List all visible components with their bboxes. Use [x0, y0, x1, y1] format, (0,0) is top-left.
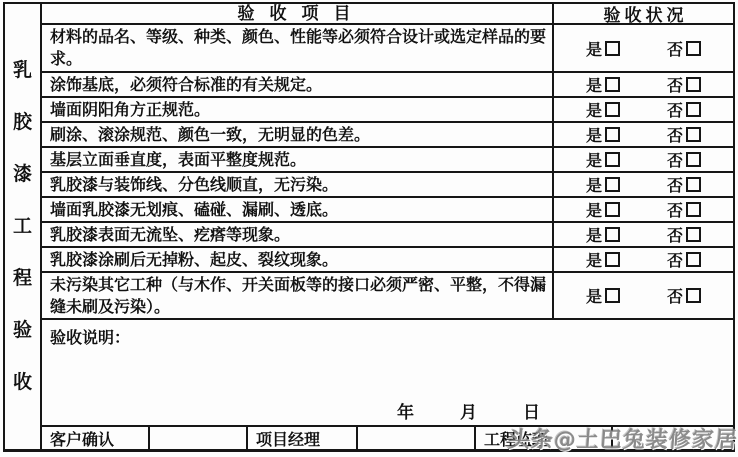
table-row: 乳胶漆表面无流坠、疙瘩等现象。 是 否	[42, 223, 733, 248]
no-checkbox[interactable]	[686, 77, 701, 92]
item-text: 刷涂、滚涂规范、颜色一致，无明显的色差。	[42, 123, 554, 146]
side-title-char: 乳	[13, 61, 32, 80]
date-line: 年 月 日	[397, 398, 540, 423]
yes-checkbox[interactable]	[605, 41, 620, 56]
side-title-char: 程	[13, 269, 32, 288]
yes-label: 是	[586, 148, 602, 171]
table-row: 基层立面垂直度，表面平整度规范。 是 否	[42, 148, 733, 173]
yes-label: 是	[586, 73, 602, 96]
table-row: 乳胶漆涂刷后无掉粉、起皮、裂纹现象。 是 否	[42, 248, 733, 273]
status-cell: 是 否	[554, 123, 733, 146]
yes-checkbox[interactable]	[605, 252, 620, 267]
yes-label: 是	[586, 248, 602, 271]
yes-checkbox[interactable]	[605, 152, 620, 167]
no-checkbox[interactable]	[686, 127, 701, 142]
yes-label: 是	[586, 98, 602, 121]
side-title-char: 胶	[13, 113, 32, 132]
yes-label: 是	[586, 284, 602, 307]
item-text: 未污染其它工种（与木作、开关面板等的接口必须严密、平整，不得漏缝未刷及污染）。	[42, 273, 554, 318]
acceptance-form-table: 乳 胶 漆 工 程 验 收 验收项目 验收状况 材料的品名、等级、种类、颜色、性…	[3, 2, 735, 452]
no-label: 否	[667, 223, 683, 246]
header-row: 验收项目 验收状况	[42, 4, 733, 25]
date-day-label: 日	[523, 398, 540, 423]
no-checkbox[interactable]	[686, 202, 701, 217]
no-checkbox[interactable]	[686, 288, 701, 303]
yes-checkbox[interactable]	[605, 227, 620, 242]
yes-checkbox[interactable]	[605, 127, 620, 142]
item-text: 涂饰基底，必须符合标准的有关规定。	[42, 73, 554, 96]
notes-area[interactable]: 验收说明： 年 月 日	[42, 320, 733, 427]
item-text: 乳胶漆与装饰线、分色线顺直，无污染。	[42, 173, 554, 196]
no-checkbox[interactable]	[686, 102, 701, 117]
table-row: 墙面阴阳角方正规范。 是 否	[42, 98, 733, 123]
no-label: 否	[667, 248, 683, 271]
side-title-char: 工	[13, 217, 32, 236]
item-text: 乳胶漆表面无流坠、疙瘩等现象。	[42, 223, 554, 246]
table-row: 乳胶漆与装饰线、分色线顺直，无污染。 是 否	[42, 173, 733, 198]
no-label: 否	[667, 73, 683, 96]
no-checkbox[interactable]	[686, 252, 701, 267]
no-label: 否	[667, 284, 683, 307]
no-checkbox[interactable]	[686, 152, 701, 167]
item-text: 墙面乳胶漆无划痕、磕碰、漏刷、透底。	[42, 198, 554, 221]
no-label: 否	[667, 37, 683, 60]
status-cell: 是 否	[554, 25, 733, 71]
project-manager-signature-cell[interactable]	[358, 427, 476, 449]
yes-checkbox[interactable]	[605, 77, 620, 92]
status-cell: 是 否	[554, 73, 733, 96]
item-text: 基层立面垂直度，表面平整度规范。	[42, 148, 554, 171]
status-cell: 是 否	[554, 148, 733, 171]
yes-label: 是	[586, 173, 602, 196]
no-label: 否	[667, 123, 683, 146]
yes-checkbox[interactable]	[605, 177, 620, 192]
no-label: 否	[667, 198, 683, 221]
no-checkbox[interactable]	[686, 41, 701, 56]
notes-label: 验收说明：	[50, 325, 130, 348]
side-title-char: 漆	[13, 165, 32, 184]
no-label: 否	[667, 148, 683, 171]
item-text: 材料的品名、等级、种类、颜色、性能等必须符合设计或选定样品的要求。	[42, 25, 554, 71]
yes-label: 是	[586, 37, 602, 60]
date-month-label: 月	[460, 398, 477, 423]
table-row: 刷涂、滚涂规范、颜色一致，无明显的色差。 是 否	[42, 123, 733, 148]
toutiao-watermark: 头条@土巴兔装修家居	[507, 423, 738, 454]
status-cell: 是 否	[554, 223, 733, 246]
status-cell: 是 否	[554, 248, 733, 271]
yes-label: 是	[586, 123, 602, 146]
table-row: 墙面乳胶漆无划痕、磕碰、漏刷、透底。 是 否	[42, 198, 733, 223]
side-title-char: 收	[13, 373, 32, 392]
item-text: 墙面阴阳角方正规范。	[42, 98, 554, 121]
yes-checkbox[interactable]	[605, 288, 620, 303]
yes-checkbox[interactable]	[605, 102, 620, 117]
table-row: 涂饰基底，必须符合标准的有关规定。 是 否	[42, 73, 733, 98]
table-row: 材料的品名、等级、种类、颜色、性能等必须符合设计或选定样品的要求。 是 否	[42, 25, 733, 73]
date-year-label: 年	[397, 398, 414, 423]
yes-checkbox[interactable]	[605, 202, 620, 217]
yes-label: 是	[586, 223, 602, 246]
status-cell: 是 否	[554, 173, 733, 196]
no-label: 否	[667, 173, 683, 196]
side-title-char: 验	[13, 321, 32, 340]
yes-label: 是	[586, 198, 602, 221]
status-cell: 是 否	[554, 98, 733, 121]
no-checkbox[interactable]	[686, 227, 701, 242]
status-cell: 是 否	[554, 198, 733, 221]
items-column-header: 验收项目	[42, 4, 554, 23]
status-column-header: 验收状况	[554, 4, 733, 23]
form-side-title: 乳 胶 漆 工 程 验 收	[5, 4, 42, 449]
customer-confirm-label: 客户确认	[42, 427, 150, 449]
no-checkbox[interactable]	[686, 177, 701, 192]
item-text: 乳胶漆涂刷后无掉粉、起皮、裂纹现象。	[42, 248, 554, 271]
no-label: 否	[667, 98, 683, 121]
customer-confirm-signature-cell[interactable]	[150, 427, 248, 449]
project-manager-label: 项目经理	[248, 427, 358, 449]
status-cell: 是 否	[554, 273, 733, 318]
table-row: 未污染其它工种（与木作、开关面板等的接口必须严密、平整，不得漏缝未刷及污染）。 …	[42, 273, 733, 320]
